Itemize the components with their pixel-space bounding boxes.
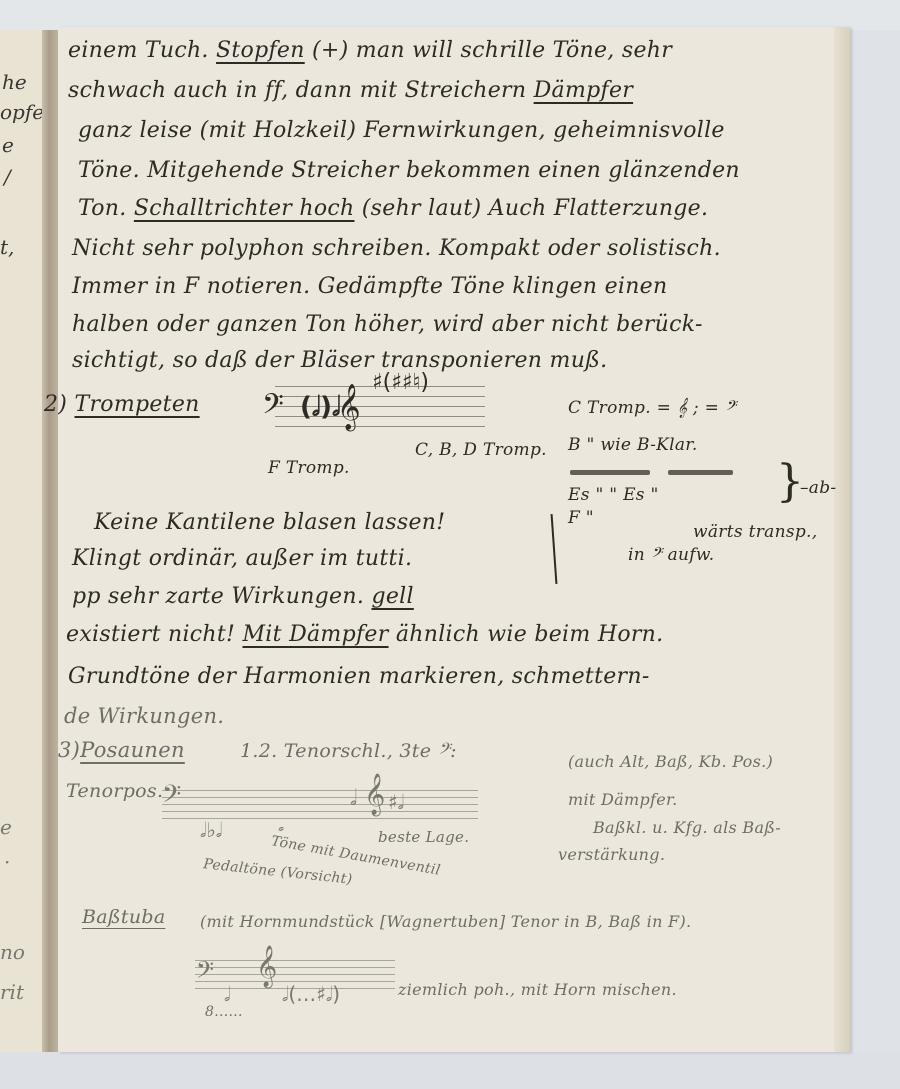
left-fragment: no [0, 940, 25, 964]
bracket-note: wärts transp., [693, 522, 817, 542]
crossed-out-text [668, 470, 733, 475]
trombone-subtitle: 1.2. Tenorschl., 3te 𝄢: [240, 740, 457, 762]
text-segment: Ton. [78, 196, 134, 221]
text-segment: ähnlich wie beim Horn. [389, 622, 664, 647]
left-fragment: t, [0, 235, 14, 259]
section-title: Posaunen [80, 738, 185, 762]
transposition-note: F " [568, 508, 594, 528]
left-fragment: rit [0, 980, 24, 1004]
staff-label-f-trumpet: F Tromp. [268, 458, 350, 478]
left-fragment: he [2, 70, 27, 94]
transposition-note: B " wie B-Klar. [568, 435, 698, 455]
transposition-note: C Tromp. = 𝄞 ; = 𝄢 [568, 398, 736, 418]
left-fragment: opfen, [0, 100, 42, 124]
section-number: 3) [58, 738, 80, 762]
text-line: halben oder ganzen Ton höher, wird aber … [72, 312, 703, 337]
trombone-side-note: Baßkl. u. Kfg. als Baß- [593, 818, 781, 837]
sharp-note-icon: ♯𝅗𝅥 [388, 790, 404, 814]
note-head-icon: 𝅗𝅥 [224, 982, 230, 1006]
left-page-edge: he opfen, e / t, e · no rit [0, 30, 42, 1052]
text-line: sichtigt, so daß der Bläser transponiere… [72, 348, 607, 373]
section-heading-tuba: Baßtuba [82, 906, 165, 928]
text-segment: einem Tuch. [68, 38, 216, 63]
bracket-note: in 𝄢 aufw. [628, 545, 714, 565]
text-line: Keine Kantilene blasen lassen! [94, 510, 445, 535]
tuba-note: (mit Hornmundstück [Wagnertuben] Tenor i… [200, 912, 691, 931]
staff-annotation: beste Lage. [378, 828, 469, 846]
text-line: existiert nicht! Mit Dämpfer ähnlich wie… [66, 622, 663, 647]
scan-background-top [0, 0, 900, 30]
text-line: Ton. Schalltrichter hoch (sehr laut) Auc… [78, 196, 708, 221]
underlined-term-schalltrichter: Schalltrichter hoch [134, 196, 355, 221]
text-segment: pp sehr zarte Wirkungen. [72, 584, 371, 609]
text-line: Töne. Mitgehende Streicher bekommen eine… [78, 158, 740, 183]
section-title: Trompeten [74, 392, 199, 417]
crossed-out-text [570, 470, 650, 475]
text-line: einem Tuch. Stopfen (+) man will schrill… [68, 38, 672, 63]
text-line: Immer in F notieren. Gedämpfte Töne klin… [72, 274, 667, 299]
music-staff-trombone-range [162, 790, 478, 820]
trombone-side-note: mit Dämpfer. [568, 790, 678, 809]
section-heading-trombones: 3)Posaunen [58, 738, 185, 762]
tuba-range-note: ziemlich poh., mit Horn mischen. [398, 980, 677, 999]
treble-clef-icon: 𝄞 [337, 384, 361, 430]
tenor-trombone-label: Tenorpos. [66, 780, 163, 802]
note-head-icon: 𝅗𝅥 [350, 786, 357, 811]
bass-clef-icon: 𝄢 [262, 388, 284, 428]
treble-clef-icon: 𝄞 [256, 946, 277, 988]
left-fragment: · [4, 850, 10, 874]
note-head-icon: 𝅗𝅥(…♯𝅗𝅥) [282, 982, 340, 1006]
bass-clef-icon: 𝄢 [162, 780, 181, 815]
pedal-notes-icon: 𝅗𝅥♭𝅗𝅥 [200, 818, 222, 842]
text-segment: (sehr laut) Auch Flatterzunge. [354, 196, 708, 221]
text-segment: (+) man will schrille Töne, sehr [305, 38, 672, 63]
treble-clef-icon: 𝄞 [364, 774, 385, 816]
text-line: pp sehr zarte Wirkungen. gell [72, 584, 414, 609]
text-line: de Wirkungen. [64, 704, 224, 728]
text-segment: schwach auch in ff, dann mit Streichern [68, 78, 534, 103]
underlined-term-daempfer: Dämpfer [534, 78, 633, 103]
octave-mark: 8...... [205, 1004, 243, 1020]
transposition-note: Es " " Es " [568, 485, 659, 505]
left-fragment: / [4, 165, 11, 189]
text-line: Klingt ordinär, außer im tutti. [72, 546, 412, 571]
text-line: ganz leise (mit Holzkeil) Fernwirkungen,… [78, 118, 725, 143]
underlined-term-gell: gell [371, 584, 413, 609]
scan-background-bottom [0, 1052, 900, 1089]
bass-clef-icon: 𝄢 [196, 956, 214, 990]
note-head-icon: 𝅗 [278, 812, 284, 836]
page-edge [834, 27, 850, 1052]
text-line: schwach auch in ff, dann mit Streichern … [68, 78, 633, 103]
underlined-term-stopfen: Stopfen [216, 38, 305, 63]
bracket-note: –ab- [800, 478, 836, 498]
text-segment: existiert nicht! [66, 622, 242, 647]
text-line: Grundtöne der Harmonien markieren, schme… [68, 664, 650, 689]
section-heading-trumpets: 2) Trompeten [44, 392, 200, 417]
sharp-note-icon: ♯(♯♯♮) [372, 370, 429, 395]
left-fragment: e [0, 815, 12, 839]
section-number: 2) [44, 392, 67, 417]
left-fragment: e [2, 133, 14, 157]
text-line: Nicht sehr polyphon schreiben. Kompakt o… [72, 236, 721, 261]
trombone-side-note: verstärkung. [558, 845, 665, 864]
note-head-icon: (𝅗𝅥)𝅗𝅥 [300, 392, 340, 423]
trombone-side-note: (auch Alt, Baß, Kb. Pos.) [568, 752, 773, 771]
staff-label-c-b-d-trumpet: C, B, D Tromp. [415, 440, 547, 460]
underlined-term-mit-daempfer: Mit Dämpfer [242, 622, 388, 647]
